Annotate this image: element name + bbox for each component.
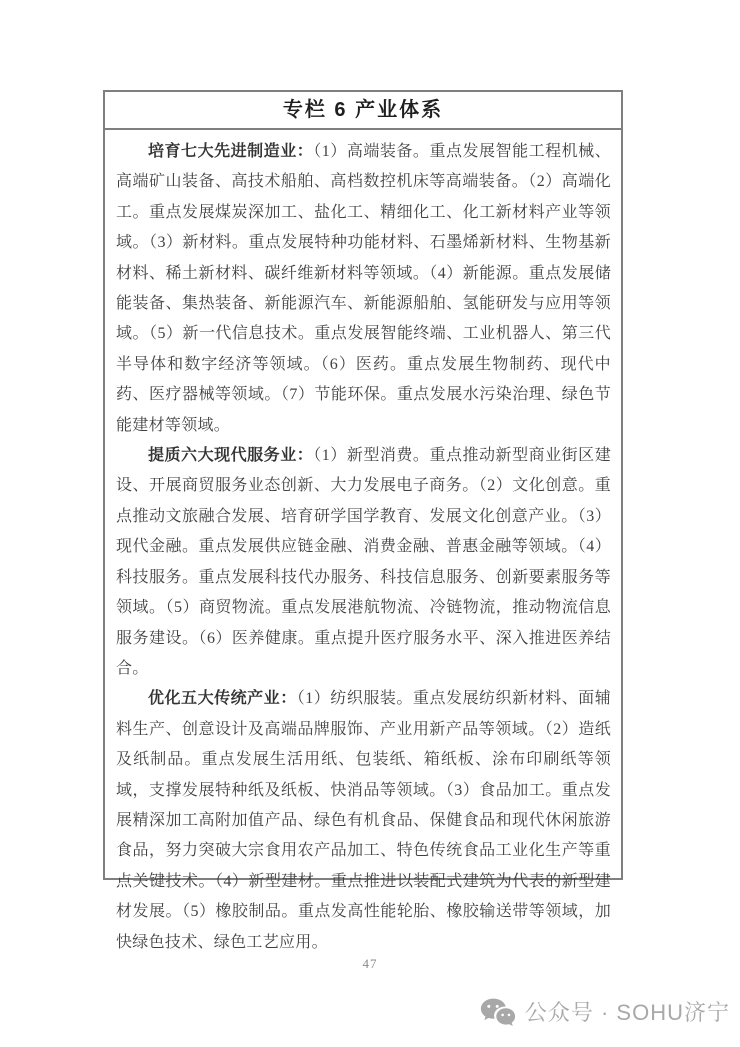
page-number: 47 bbox=[0, 956, 740, 972]
paragraph-modern-services: 提质六大现代服务业：（1）新型消费。重点推动新型商业街区建设、开展商贸服务业态创… bbox=[116, 441, 611, 684]
column-body: 培育七大先进制造业：（1）高端装备。重点发展智能工程机械、高端矿山装备、高技术船… bbox=[105, 130, 621, 968]
watermark-text: 公众号 · SOHU济宁 bbox=[525, 996, 730, 1027]
paragraph-text: （1）高端装备。重点发展智能工程机械、高端矿山装备、高技术船舶、高档数控机床等高… bbox=[116, 143, 611, 434]
paragraph-text: （1）新型消费。重点推动新型商业街区建设、开展商贸服务业态创新、大力发展电子商务… bbox=[116, 447, 611, 677]
document-page: 专栏 6 产业体系 培育七大先进制造业：（1）高端装备。重点发展智能工程机械、高… bbox=[0, 0, 740, 1047]
watermark: 公众号 · SOHU济宁 bbox=[480, 996, 730, 1027]
paragraph-traditional-industries: 优化五大传统产业：（1）纺织服装。重点发展纺织新材料、面辅料生产、创意设计及高端… bbox=[116, 684, 611, 958]
paragraph-lead: 优化五大传统产业： bbox=[148, 690, 297, 707]
paragraph-lead: 培育七大先进制造业： bbox=[148, 143, 313, 160]
paragraph-text: （1）纺织服装。重点发展纺织新材料、面辅料生产、创意设计及高端品牌服饰、产业用新… bbox=[116, 690, 611, 950]
paragraph-advanced-manufacturing: 培育七大先进制造业：（1）高端装备。重点发展智能工程机械、高端矿山装备、高技术船… bbox=[116, 137, 611, 441]
paragraph-lead: 提质六大现代服务业： bbox=[148, 447, 313, 464]
column-box: 专栏 6 产业体系 培育七大先进制造业：（1）高端装备。重点发展智能工程机械、高… bbox=[103, 90, 623, 880]
column-title: 专栏 6 产业体系 bbox=[105, 92, 621, 130]
wechat-icon bbox=[480, 997, 516, 1027]
